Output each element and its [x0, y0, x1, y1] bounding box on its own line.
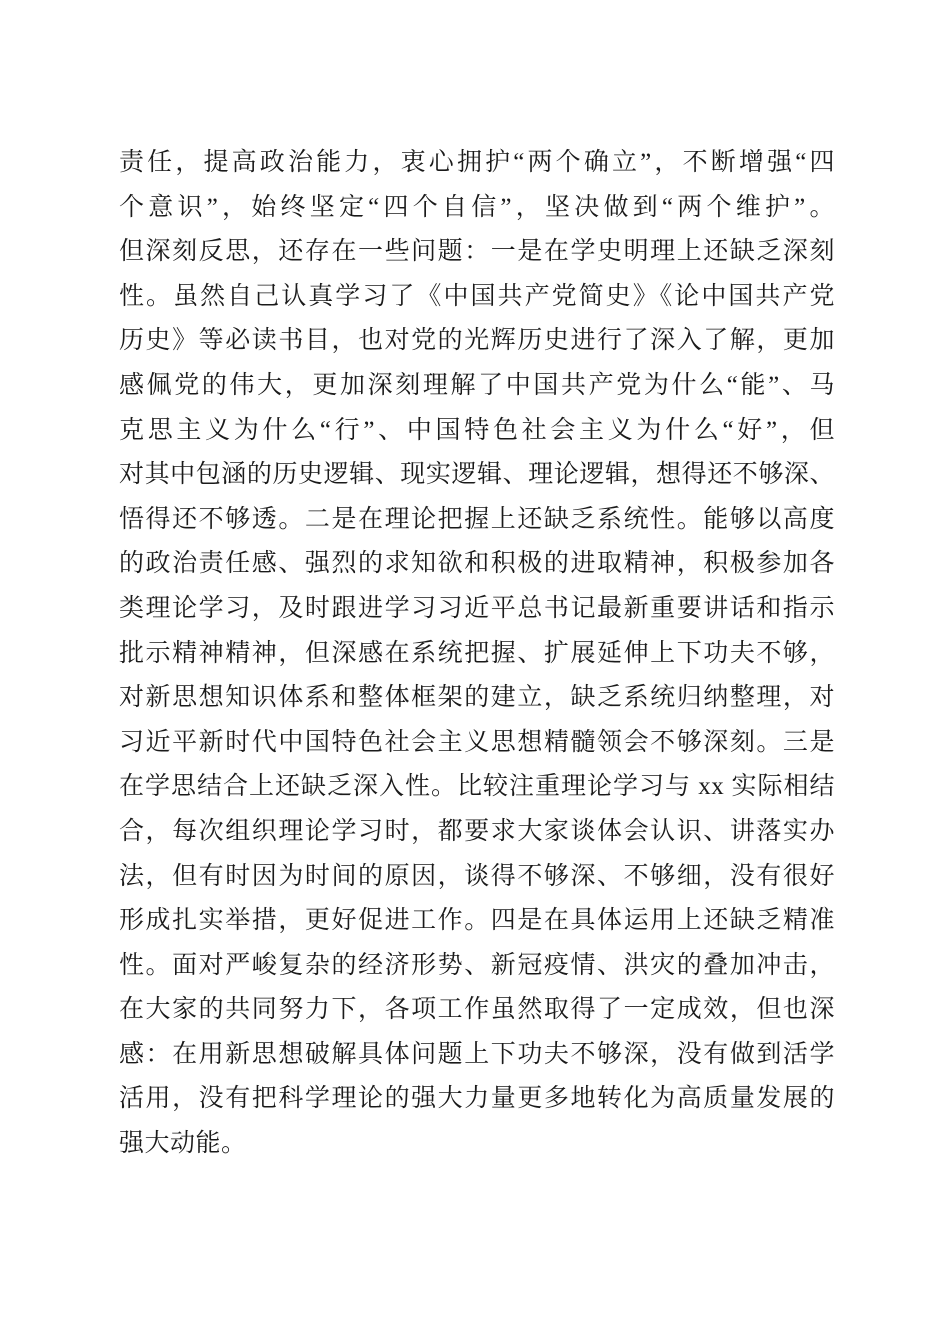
text-line-12: 批示精神精神，但深感在系统把握、扩展延伸上下功夫不够， [119, 632, 835, 677]
text-line-2: 个意识”，始终坚定“四个自信”，坚决做到“两个维护”。 [119, 186, 835, 231]
text-line-6: 感佩党的伟大，更加深刻理解了中国共产党为什么“能”、马 [119, 364, 835, 409]
text-line-7: 克思主义为什么“行”、中国特色社会主义为什么“好”，但 [119, 409, 835, 454]
text-line-1: 责任，提高政治能力，衷心拥护“两个确立”，不断增强“四 [119, 141, 835, 186]
text-line-15: 在学思结合上还缺乏深入性。比较注重理论学习与 xx 实际相结 [119, 765, 835, 810]
text-line-11: 类理论学习，及时跟进学习习近平总书记最新重要讲话和指示 [119, 587, 835, 632]
text-line-21: 感：在用新思想破解具体问题上下功夫不够深，没有做到活学 [119, 1033, 835, 1078]
document-page: 责任，提高政治能力，衷心拥护“两个确立”，不断增强“四 个意识”，始终坚定“四个… [0, 0, 950, 1344]
text-line-19: 性。面对严峻复杂的经济形势、新冠疫情、洪灾的叠加冲击， [119, 944, 835, 989]
text-line-20: 在大家的共同努力下，各项工作虽然取得了一定成效，但也深 [119, 988, 835, 1033]
text-line-13: 对新思想知识体系和整体框架的建立，缺乏系统归纳整理，对 [119, 676, 835, 721]
text-line-22: 活用，没有把科学理论的强大力量更多地转化为高质量发展的 [119, 1077, 835, 1122]
text-line-14: 习近平新时代中国特色社会主义思想精髓领会不够深刻。三是 [119, 721, 835, 766]
text-line-23: 强大动能。 [119, 1122, 835, 1167]
text-line-8: 对其中包涵的历史逻辑、现实逻辑、理论逻辑，想得还不够深、 [119, 453, 835, 498]
text-line-10: 的政治责任感、强烈的求知欲和积极的进取精神，积极参加各 [119, 542, 835, 587]
text-line-9: 悟得还不够透。二是在理论把握上还缺乏系统性。能够以高度 [119, 498, 835, 543]
text-line-18: 形成扎实举措，更好促进工作。四是在具体运用上还缺乏精准 [119, 899, 835, 944]
text-line-4: 性。虽然自己认真学习了《中国共产党简史》《论中国共产党 [119, 275, 835, 320]
body-text-paragraph: 责任，提高政治能力，衷心拥护“两个确立”，不断增强“四 个意识”，始终坚定“四个… [119, 141, 835, 1167]
text-line-16: 合，每次组织理论学习时，都要求大家谈体会认识、讲落实办 [119, 810, 835, 855]
text-line-17: 法，但有时因为时间的原因，谈得不够深、不够细，没有很好 [119, 855, 835, 900]
text-line-3: 但深刻反思，还存在一些问题：一是在学史明理上还缺乏深刻 [119, 230, 835, 275]
text-line-5: 历史》等必读书目，也对党的光辉历史进行了深入了解，更加 [119, 319, 835, 364]
